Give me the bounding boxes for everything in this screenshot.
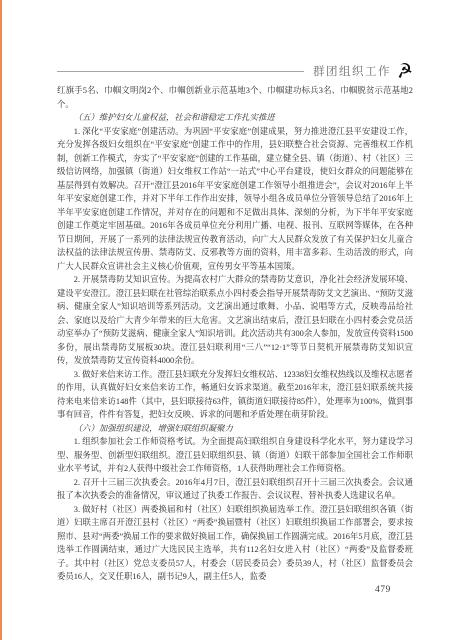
body-paragraph: 2. 召开十三届三次执委会。2016年4月7日，澄江县妇联组织召开十三届三次执委… — [57, 476, 413, 503]
page-body: 红旗手5名、巾帼文明岗2个、巾帼创新业示范基地3个、巾帼建功标兵3名、巾帼脱贫示… — [57, 84, 413, 584]
header-rule — [57, 71, 304, 72]
body-paragraph: 1. 深化“平安家庭”创建活动。为巩固“平安家庭”创建成果，努力推进澄江县平安建… — [57, 125, 413, 274]
body-paragraph: 3. 做好村（社区）两委换届和村（社区）妇联组织换届选举工作。澄江县妇联组织各镇… — [57, 503, 413, 584]
left-accent-bar — [0, 0, 2, 640]
running-head-title: 群团组织工作 — [313, 63, 391, 79]
paragraph-continuation: 红旗手5名、巾帼文明岗2个、巾帼创新业示范基地3个、巾帼建功标兵3名、巾帼脱贫示… — [57, 84, 413, 111]
body-paragraph: 2. 开展禁毒防艾知识宣传。为提高农村广大群众的禁毒防艾意识，净化社会经济发展环… — [57, 273, 413, 368]
body-paragraph: 1. 组织参加社会工作师资格考试。为全面提高妇联组织自身建设科学化水平，努力建设… — [57, 435, 413, 476]
section-heading-6: （六）加强组织建设，增强妇联组织凝聚力 — [57, 422, 413, 436]
party-emblem-icon: ☭ — [394, 60, 415, 82]
page-header: 群团组织工作 ☭ — [57, 60, 413, 82]
section-heading-5: （五）维护妇女儿童权益，社会和谐稳定工作扎实推进 — [57, 111, 413, 125]
page-number: 479 — [375, 585, 391, 595]
body-paragraph: 3. 做好来信来访工作。澄江县妇联充分发挥妇女维权站、12338妇女维权热线以及… — [57, 368, 413, 422]
